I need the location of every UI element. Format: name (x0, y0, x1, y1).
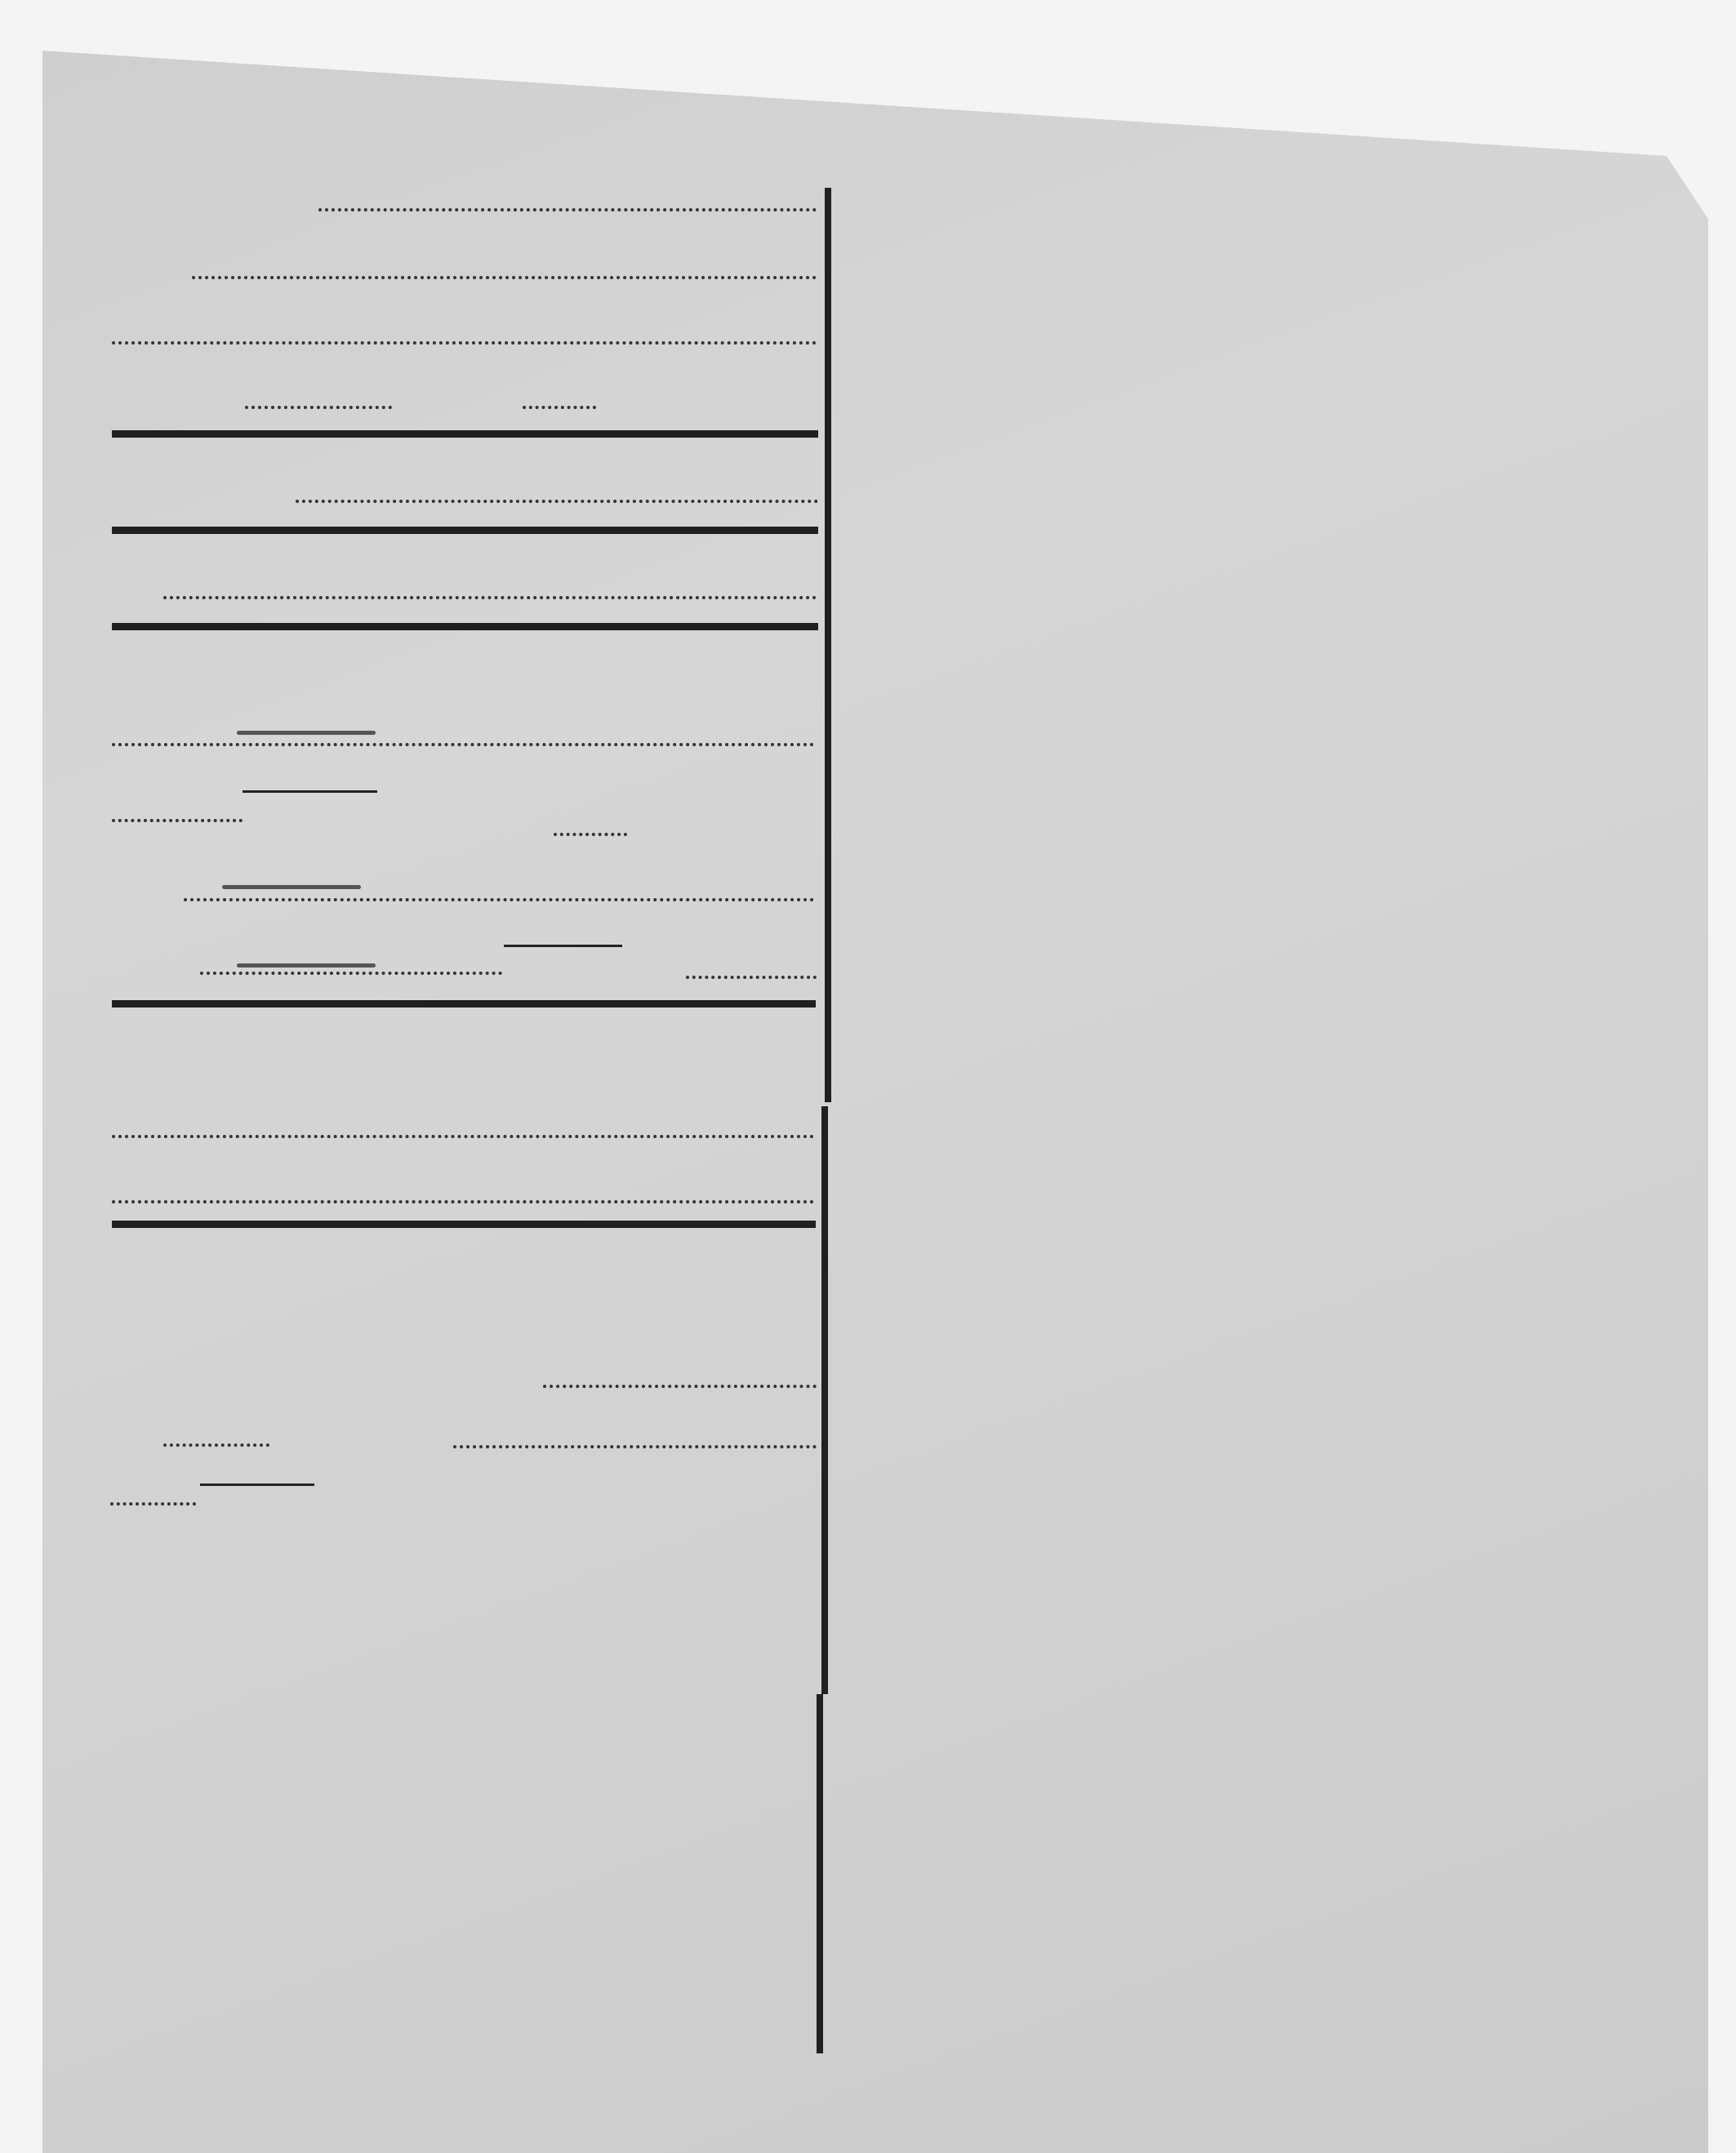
divider (112, 1000, 816, 1008)
id-place-line (543, 1385, 817, 1388)
frac2 (504, 943, 622, 947)
frac1-top (243, 789, 377, 793)
ul-tun-line (554, 833, 627, 836)
apt-line (523, 406, 596, 409)
house-line (245, 406, 392, 409)
column-divider-mid (821, 1106, 828, 1694)
divider (112, 527, 818, 534)
residence-line (318, 208, 817, 211)
religion-line (163, 596, 817, 599)
reg-dash (237, 963, 376, 968)
column-divider-bottom (817, 1694, 823, 2053)
military-dash (237, 731, 376, 735)
document-paper (42, 51, 1708, 2153)
frac2-top (504, 943, 622, 947)
divider (112, 1221, 816, 1228)
nationality-line (296, 500, 818, 503)
street-line-2 (112, 341, 817, 345)
frac1 (243, 789, 377, 793)
year-dash (222, 885, 361, 889)
occupation-line-2 (112, 1200, 814, 1203)
frac3 (200, 1482, 314, 1486)
reg-no-line (686, 976, 817, 979)
divider (112, 623, 818, 630)
military-line (112, 743, 814, 746)
frac3-top (200, 1482, 314, 1486)
column-divider-top (825, 188, 831, 1102)
id-date-line (163, 1443, 269, 1447)
divider (112, 430, 818, 438)
street-line (192, 276, 817, 279)
year-line (184, 898, 814, 901)
issuer-line (110, 1502, 196, 1506)
frac1-line (112, 819, 243, 822)
reg-line (200, 972, 502, 975)
occupation-line (112, 1135, 814, 1138)
id-number-line (453, 1445, 817, 1448)
